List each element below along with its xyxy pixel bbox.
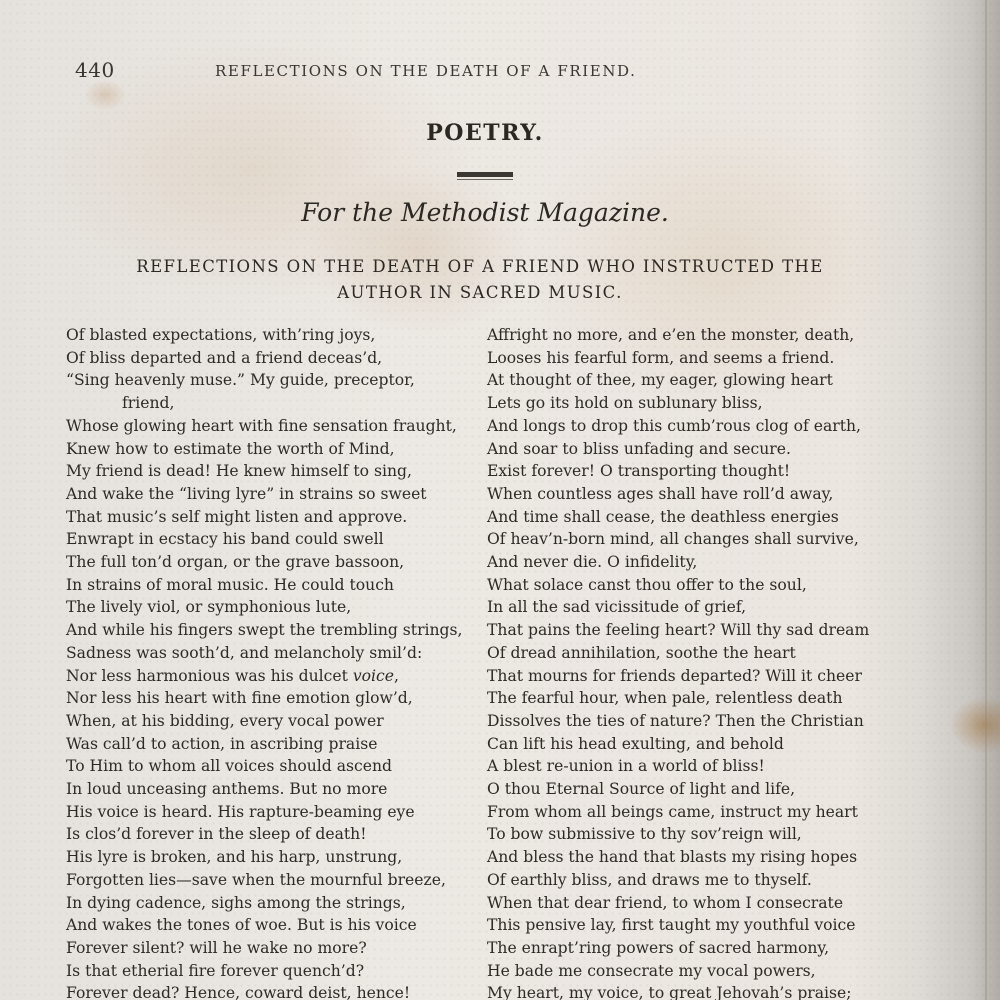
poem-line: Whose glowing heart with fine sensation … bbox=[66, 415, 486, 438]
poem-line: Can lift his head exulting, and behold bbox=[487, 733, 907, 756]
poem-line: Affright no more, and e’en the monster, … bbox=[487, 324, 907, 347]
poem-line: He bade me consecrate my vocal powers, bbox=[487, 960, 907, 983]
poem-line: What solace canst thou offer to the soul… bbox=[487, 574, 907, 597]
poem-line: And longs to drop this cumb’rous clog of… bbox=[487, 415, 907, 438]
poem-line: Is clos’d forever in the sleep of death! bbox=[66, 823, 486, 846]
poem-line: To Him to whom all voices should ascend bbox=[66, 755, 486, 778]
poem-line: Was call’d to action, in ascribing prais… bbox=[66, 733, 486, 756]
poem-line: In loud unceasing anthems. But no more bbox=[66, 778, 486, 801]
running-title: REFLECTIONS ON THE DEATH OF A FRIEND. bbox=[215, 62, 637, 80]
poem-column-right: Affright no more, and e’en the monster, … bbox=[487, 324, 907, 1000]
poem-line: Forever dead? Hence, coward deist, hence… bbox=[66, 982, 486, 1000]
poem-heading: REFLECTIONS ON THE DEATH OF A FRIEND WHO… bbox=[65, 254, 895, 306]
poem-line: In dying cadence, sighs among the string… bbox=[66, 892, 486, 915]
poem-line: In all the sad vicissitude of grief, bbox=[487, 596, 907, 619]
poem-line: And bless the hand that blasts my rising… bbox=[487, 846, 907, 869]
poem-line: Dissolves the ties of nature? Then the C… bbox=[487, 710, 907, 733]
poem-line: Enwrapt in ecstacy his band could swell bbox=[66, 528, 486, 551]
section-title: POETRY. bbox=[0, 120, 970, 146]
book-page: 440 REFLECTIONS ON THE DEATH OF A FRIEND… bbox=[0, 0, 1000, 1000]
poem-line: Of dread annihilation, soothe the heart bbox=[487, 642, 907, 665]
poem-line: That music’s self might listen and appro… bbox=[66, 506, 486, 529]
poem-line: Exist forever! O transporting thought! bbox=[487, 460, 907, 483]
poem-line: My heart, my voice, to great Jehovah’s p… bbox=[487, 982, 907, 1000]
poem-line: At thought of thee, my eager, glowing he… bbox=[487, 369, 907, 392]
poem-line: The enrapt’ring powers of sacred harmony… bbox=[487, 937, 907, 960]
poem-line: Is that etherial fire forever quench’d? bbox=[66, 960, 486, 983]
poem-line: And wakes the tones of woe. But is his v… bbox=[66, 914, 486, 937]
poem-line: Nor less his heart with fine emotion glo… bbox=[66, 687, 486, 710]
page-gutter-shadow bbox=[920, 0, 1000, 1000]
poem-line: O thou Eternal Source of light and life, bbox=[487, 778, 907, 801]
poem-line: The full ton’d organ, or the grave basso… bbox=[66, 551, 486, 574]
poem-line: In strains of moral music. He could touc… bbox=[66, 574, 486, 597]
poem-line: friend, bbox=[66, 392, 486, 415]
poem-line: That mourns for friends departed? Will i… bbox=[487, 665, 907, 688]
poem-column-left: Of blasted expectations, with’ring joys,… bbox=[66, 324, 486, 1000]
poem-line: His lyre is broken, and his harp, unstru… bbox=[66, 846, 486, 869]
poem-line: This pensive lay, first taught my youthf… bbox=[487, 914, 907, 937]
poem-line: My friend is dead! He knew himself to si… bbox=[66, 460, 486, 483]
poem-line: When countless ages shall have roll’d aw… bbox=[487, 483, 907, 506]
poem-line: Sadness was sooth’d, and melancholy smil… bbox=[66, 642, 486, 665]
poem-line: Of heav’n-born mind, all changes shall s… bbox=[487, 528, 907, 551]
poem-heading-line-1: REFLECTIONS ON THE DEATH OF A FRIEND WHO… bbox=[65, 254, 895, 280]
poem-line: Lets go its hold on sublunary bliss, bbox=[487, 392, 907, 415]
running-head: 440 REFLECTIONS ON THE DEATH OF A FRIEND… bbox=[75, 58, 775, 84]
poem-line: From whom all beings came, instruct my h… bbox=[487, 801, 907, 824]
poem-line: Knew how to estimate the worth of Mind, bbox=[66, 438, 486, 461]
subtitle: For the Methodist Magazine. bbox=[0, 198, 970, 227]
poem-line: The lively viol, or symphonious lute, bbox=[66, 596, 486, 619]
poem-heading-line-2: AUTHOR IN SACRED MUSIC. bbox=[65, 280, 895, 306]
poem-line: To bow submissive to thy sov’reign will, bbox=[487, 823, 907, 846]
poem-line: When, at his bidding, every vocal power bbox=[66, 710, 486, 733]
poem-line: The fearful hour, when pale, relentless … bbox=[487, 687, 907, 710]
ornamental-rule bbox=[457, 172, 513, 177]
poem-line: And while his fingers swept the tremblin… bbox=[66, 619, 486, 642]
poem-line: Forgotten lies—save when the mournful br… bbox=[66, 869, 486, 892]
poem-line: That pains the feeling heart? Will thy s… bbox=[487, 619, 907, 642]
poem-line: “Sing heavenly muse.” My guide, precepto… bbox=[66, 369, 486, 392]
poem-line: Nor less harmonious was his dulcet voice… bbox=[66, 665, 486, 688]
poem-line: And wake the “living lyre” in strains so… bbox=[66, 483, 486, 506]
poem-line: Of earthly bliss, and draws me to thysel… bbox=[487, 869, 907, 892]
poem-line: And never die. O infidelity, bbox=[487, 551, 907, 574]
poem-line: A blest re-union in a world of bliss! bbox=[487, 755, 907, 778]
poem-line: And soar to bliss unfading and secure. bbox=[487, 438, 907, 461]
poem-line: Of blasted expectations, with’ring joys, bbox=[66, 324, 486, 347]
poem-line: Looses his fearful form, and seems a fri… bbox=[487, 347, 907, 370]
poem-line: Of bliss departed and a friend deceas’d, bbox=[66, 347, 486, 370]
page-edge bbox=[985, 0, 987, 1000]
poem-line: When that dear friend, to whom I consecr… bbox=[487, 892, 907, 915]
poem-line: His voice is heard. His rapture-beaming … bbox=[66, 801, 486, 824]
poem-line: And time shall cease, the deathless ener… bbox=[487, 506, 907, 529]
page-number: 440 bbox=[75, 58, 115, 82]
ornamental-rule-thin bbox=[457, 179, 513, 180]
poem-line: Forever silent? will he wake no more? bbox=[66, 937, 486, 960]
